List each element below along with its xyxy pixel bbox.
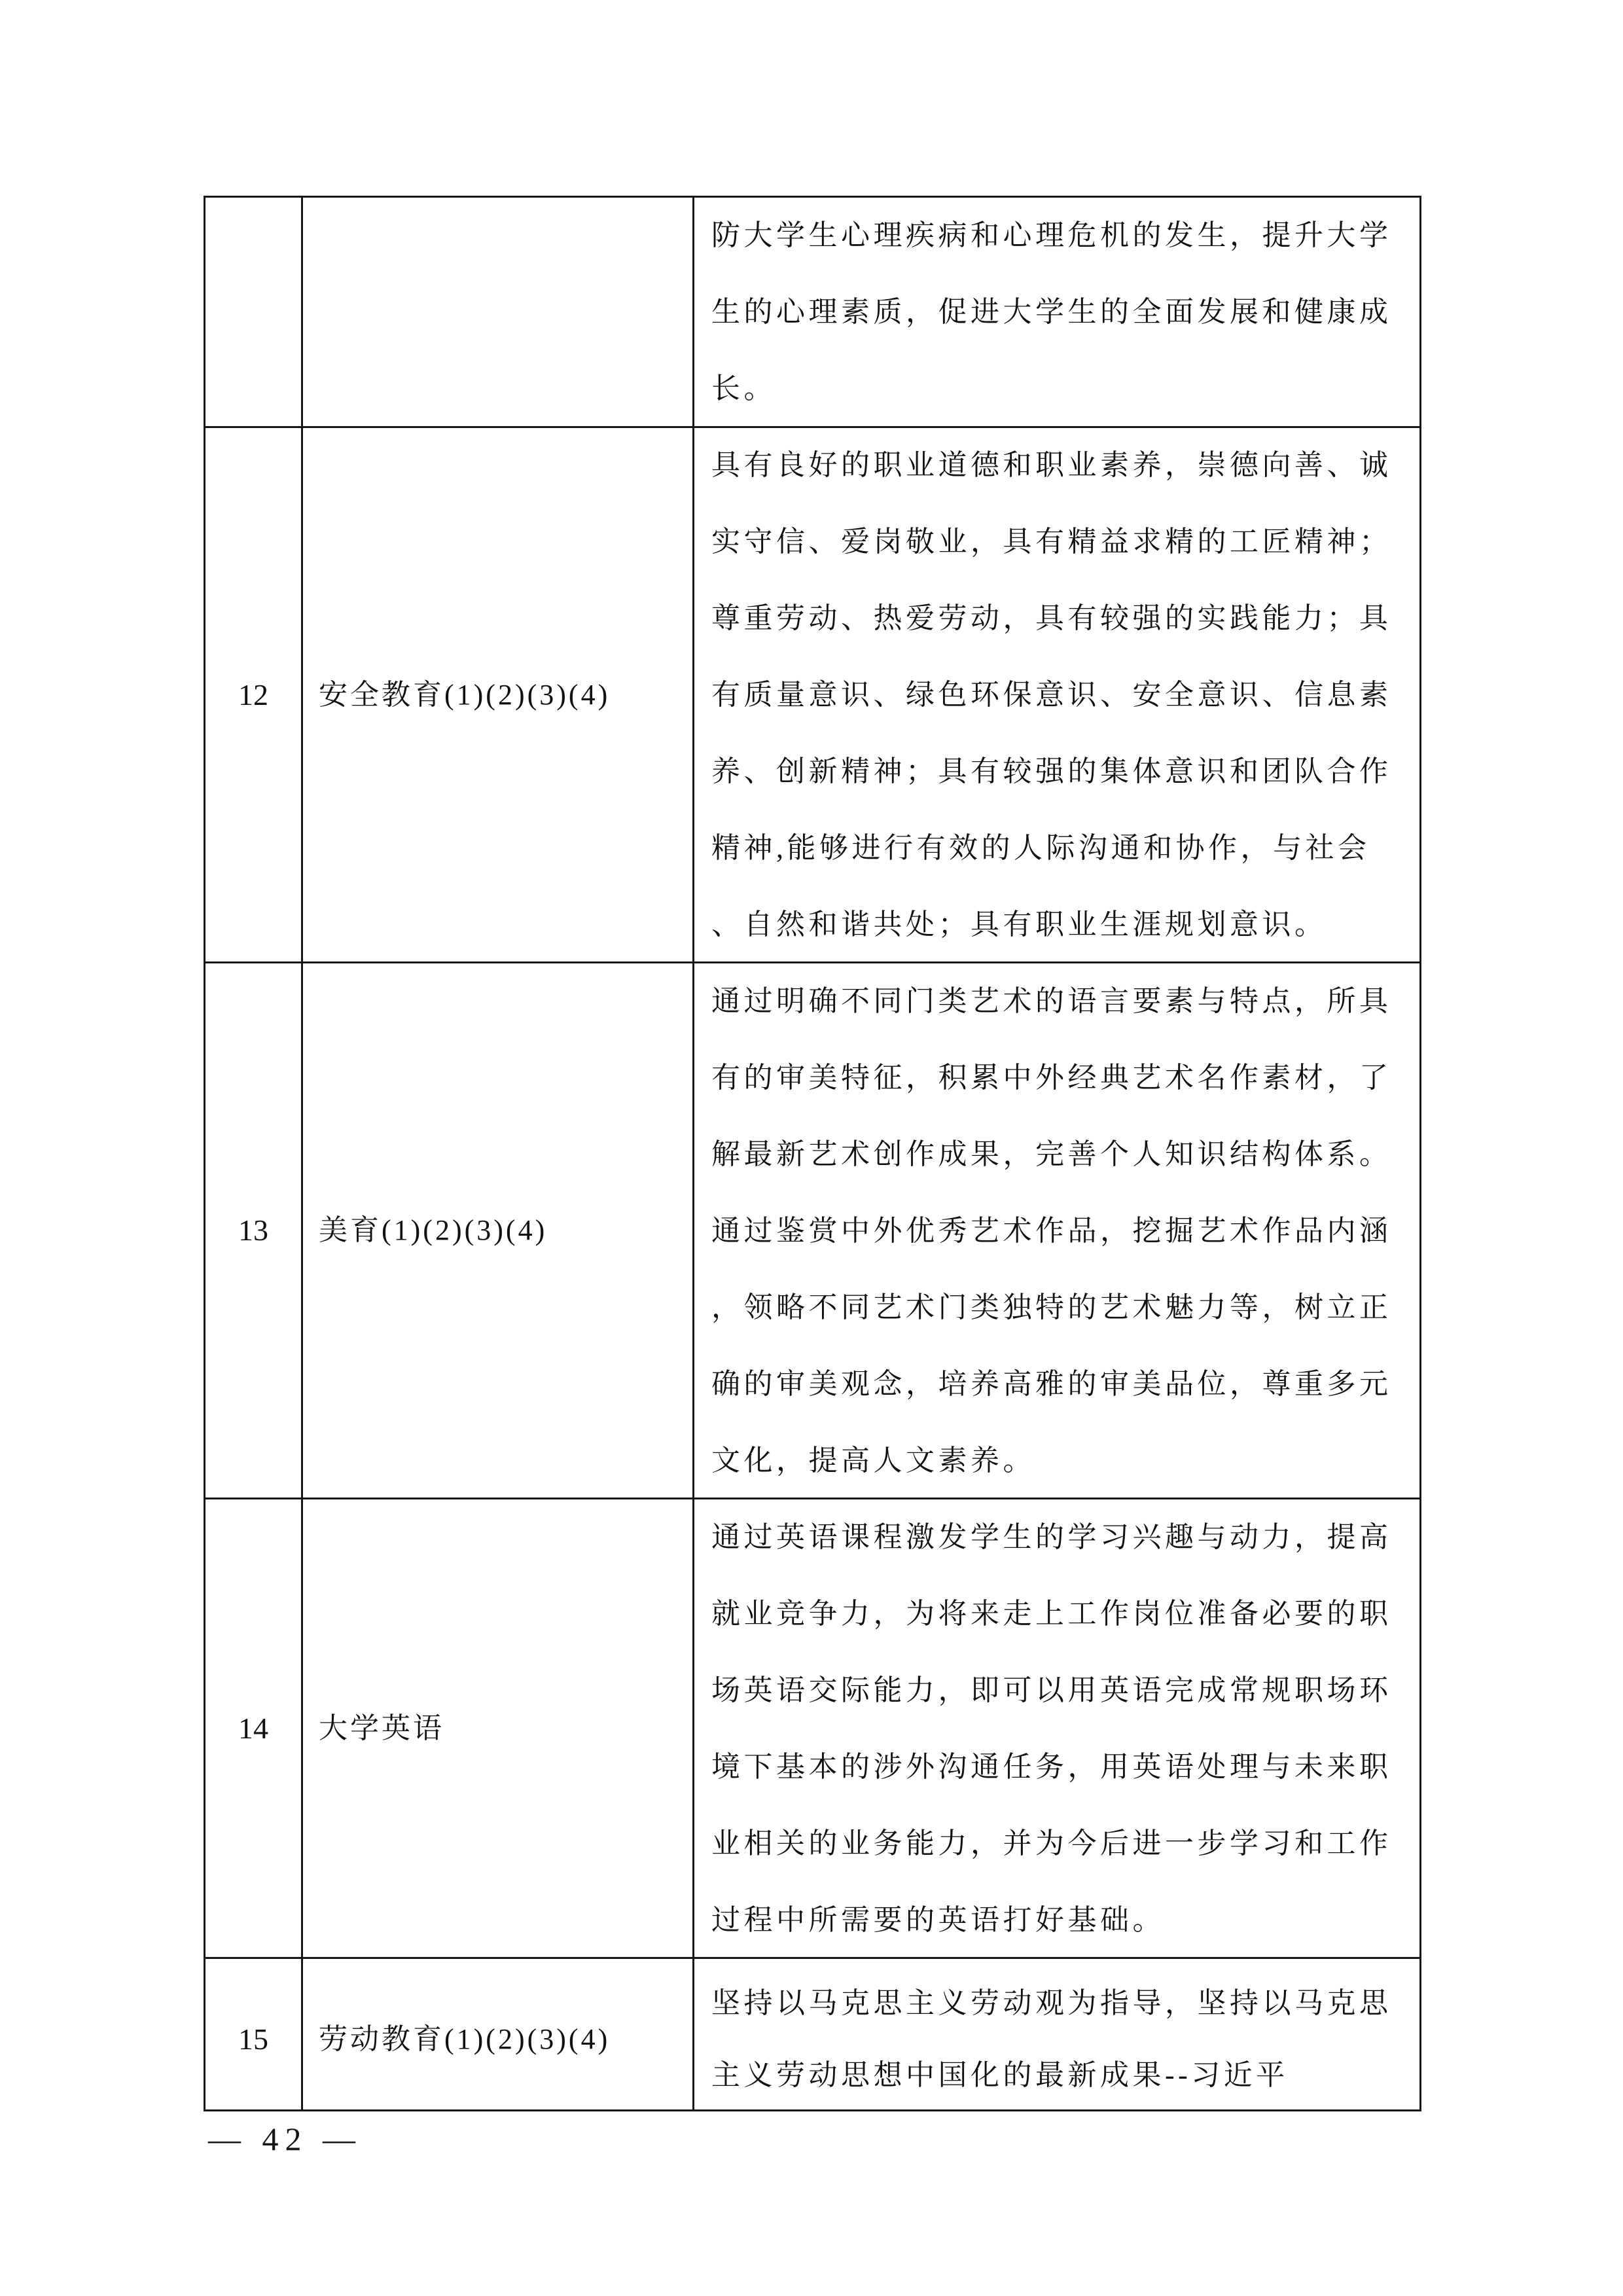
course-description: 具有良好的职业道德和职业素养，崇德向善、诚 实守信、爱岗敬业，具有精益求精的工匠…	[694, 428, 1419, 961]
description-line: 过程中所需要的英语打好基础。	[711, 1882, 1396, 1958]
document-page: 防大学生心理疾病和心理危机的发生，提升大学 生的心理素质，促进大学生的全面发展和…	[0, 0, 1623, 2296]
description-line: 场英语交际能力，即可以用英语完成常规职场环	[711, 1652, 1396, 1729]
row-number: 14	[205, 1499, 303, 1957]
description-line: 防大学生心理疾病和心理危机的发生，提升大学	[711, 198, 1396, 274]
description-line: 具有良好的职业道德和职业素养，崇德向善、诚	[711, 428, 1396, 503]
course-description: 坚持以马克思主义劳动观为指导，坚持以马克思 主义劳动思想中国化的最新成果--习近…	[694, 1959, 1419, 2109]
description-line: 主义劳动思想中国化的最新成果--习近平	[711, 2039, 1396, 2109]
table-row: 13 美育(1)(2)(3)(4) 通过明确不同门类艺术的语言要素与特点，所具 …	[205, 961, 1419, 1498]
course-description: 防大学生心理疾病和心理危机的发生，提升大学 生的心理素质，促进大学生的全面发展和…	[694, 198, 1419, 426]
description-line: 解最新艺术创作成果，完善个人知识结构体系。	[711, 1116, 1396, 1193]
page-number-text: — 42 —	[208, 2120, 362, 2158]
table-row: 14 大学英语 通过英语课程激发学生的学习兴趣与动力，提高 就业竞争力，为将来走…	[205, 1498, 1419, 1957]
description-line: 确的审美观念，培养高雅的审美品位，尊重多元	[711, 1346, 1396, 1422]
description-line: 通过明确不同门类艺术的语言要素与特点，所具	[711, 963, 1396, 1039]
description-line: 坚持以马克思主义劳动观为指导，坚持以马克思	[711, 1967, 1396, 2039]
page-number: — 42 —	[208, 2111, 362, 2166]
description-line: 、自然和谐共处；具有职业生涯规划意识。	[711, 886, 1396, 961]
table-row: 防大学生心理疾病和心理危机的发生，提升大学 生的心理素质，促进大学生的全面发展和…	[205, 198, 1419, 426]
description-line: 实守信、爱岗敬业，具有精益求精的工匠精神；	[711, 503, 1396, 580]
course-name: 劳动教育(1)(2)(3)(4)	[303, 1959, 694, 2109]
table-row: 12 安全教育(1)(2)(3)(4) 具有良好的职业道德和职业素养，崇德向善、…	[205, 426, 1419, 961]
row-number	[205, 198, 303, 426]
course-description: 通过英语课程激发学生的学习兴趣与动力，提高 就业竞争力，为将来走上工作岗位准备必…	[694, 1499, 1419, 1957]
description-line: 生的心理素质，促进大学生的全面发展和健康成	[711, 274, 1396, 350]
description-line: 就业竞争力，为将来走上工作岗位准备必要的职	[711, 1575, 1396, 1652]
description-line: 长。	[711, 350, 1396, 426]
row-number: 12	[205, 428, 303, 961]
row-number: 13	[205, 963, 303, 1498]
course-name: 大学英语	[303, 1499, 694, 1957]
description-line: 业相关的业务能力，并为今后进一步学习和工作	[711, 1805, 1396, 1882]
course-table: 防大学生心理疾病和心理危机的发生，提升大学 生的心理素质，促进大学生的全面发展和…	[204, 196, 1421, 2111]
course-name	[303, 198, 694, 426]
description-line: 有的审美特征，积累中外经典艺术名作素材，了	[711, 1039, 1396, 1116]
table-row: 15 劳动教育(1)(2)(3)(4) 坚持以马克思主义劳动观为指导，坚持以马克…	[205, 1957, 1419, 2109]
course-name: 安全教育(1)(2)(3)(4)	[303, 428, 694, 961]
description-line: 有质量意识、绿色环保意识、安全意识、信息素	[711, 656, 1396, 733]
description-line: 尊重劳动、热爱劳动，具有较强的实践能力；具	[711, 580, 1396, 656]
course-description: 通过明确不同门类艺术的语言要素与特点，所具 有的审美特征，积累中外经典艺术名作素…	[694, 963, 1419, 1498]
row-number: 15	[205, 1959, 303, 2109]
description-line: 通过英语课程激发学生的学习兴趣与动力，提高	[711, 1499, 1396, 1575]
description-line: 文化，提高人文素养。	[711, 1422, 1396, 1498]
description-line: 境下基本的涉外沟通任务，用英语处理与未来职	[711, 1729, 1396, 1805]
description-line: 精神,能够进行有效的人际沟通和协作，与社会	[711, 810, 1396, 886]
description-line: 养、创新精神；具有较强的集体意识和团队合作	[711, 733, 1396, 810]
description-line: 通过鉴赏中外优秀艺术作品，挖掘艺术作品内涵	[711, 1193, 1396, 1269]
course-name: 美育(1)(2)(3)(4)	[303, 963, 694, 1498]
description-line: ，领略不同艺术门类独特的艺术魅力等，树立正	[711, 1269, 1396, 1346]
